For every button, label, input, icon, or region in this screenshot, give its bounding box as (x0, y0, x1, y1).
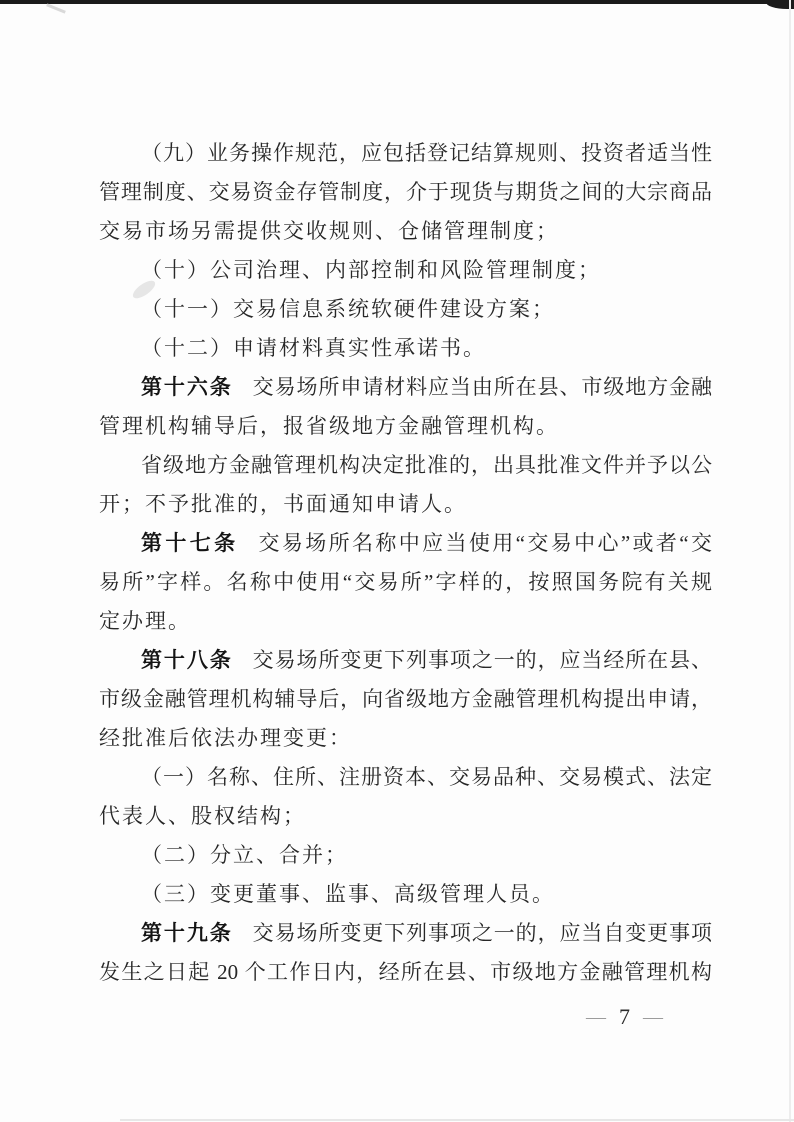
page-number-dash-left: — (586, 1003, 606, 1031)
article-number: 第十六条 (141, 376, 233, 399)
document-line: 第十八条交易场所变更下列事项之一的，应当经所在县、 (99, 641, 712, 680)
document-line: （十一）交易信息系统软硬件建设方案； (99, 290, 712, 329)
line-text: （十二）申请材料真实性承诺书。 (141, 336, 486, 360)
article-number: 第十七条 (141, 532, 239, 555)
document-line: 第十九条交易场所变更下列事项之一的，应当自变更事项 (99, 914, 712, 953)
document-line: 定办理。 (99, 602, 712, 641)
document-line: 经批准后依法办理变更： (99, 719, 712, 758)
line-text: 发生之日起 20 个工作日内，经所在县、市级地方金融管理机构 (99, 960, 712, 984)
document-line: 易所”字样。名称中使用“交易所”字样的，按照国务院有关规 (99, 563, 712, 602)
scan-edge-line-right (789, 0, 791, 1122)
line-text: 代表人、股权结构； (99, 804, 306, 828)
page-number-dash-right: — (643, 1003, 663, 1031)
line-text: 省级地方金融管理机构决定批准的，出具批准文件并予以公 (141, 453, 712, 477)
line-text: 管理机构辅导后，报省级地方金融管理机构。 (99, 414, 559, 438)
scan-edge-line-bottom (120, 1119, 794, 1121)
line-text: （三）变更董事、监事、高级管理人员。 (141, 882, 555, 906)
scanned-document-page: （九）业务操作规范，应包括登记结算规则、投资者适当性管理制度、交易资金存管制度，… (0, 0, 794, 1122)
document-line: 市级金融管理机构辅导后，向省级地方金融管理机构提出申请， (99, 680, 712, 719)
line-text: 定办理。 (99, 609, 191, 633)
line-text: 市级金融管理机构辅导后，向省级地方金融管理机构提出申请， (99, 687, 712, 711)
document-line: 交易市场另需提供交收规则、仓储管理制度； (99, 212, 712, 251)
document-line: （十二）申请材料真实性承诺书。 (99, 329, 712, 368)
document-line: 管理机构辅导后，报省级地方金融管理机构。 (99, 407, 712, 446)
line-text: 交易场所变更下列事项之一的，应当经所在县、 (253, 648, 712, 672)
article-number: 第十八条 (141, 649, 233, 672)
page-number: — 7 — (586, 1003, 663, 1031)
line-text: 交易市场另需提供交收规则、仓储管理制度； (99, 219, 559, 243)
document-line: 发生之日起 20 个工作日内，经所在县、市级地方金融管理机构 (99, 953, 712, 992)
line-text: （二）分立、合并； (141, 843, 348, 867)
document-line: 开；不予批准的，书面通知申请人。 (99, 485, 712, 524)
article-number: 第十九条 (141, 922, 233, 945)
document-line: （九）业务操作规范，应包括登记结算规则、投资者适当性 (99, 134, 712, 173)
document-line: 第十六条交易场所申请材料应当由所在县、市级地方金融 (99, 368, 712, 407)
document-line: 第十七条交易场所名称中应当使用“交易中心”或者“交 (99, 524, 712, 563)
line-text: （十一）交易信息系统软硬件建设方案； (141, 297, 555, 321)
line-text: 交易场所名称中应当使用“交易中心”或者“交 (259, 531, 713, 555)
document-body: （九）业务操作规范，应包括登记结算规则、投资者适当性管理制度、交易资金存管制度，… (99, 134, 712, 992)
document-line: （二）分立、合并； (99, 836, 712, 875)
line-text: 交易场所申请材料应当由所在县、市级地方金融 (253, 375, 712, 399)
scan-edge-line-top (0, 0, 794, 4)
page-number-value: 7 (619, 1003, 630, 1031)
document-line: （一）名称、住所、注册资本、交易品种、交易模式、法定 (99, 758, 712, 797)
document-line: 代表人、股权结构； (99, 797, 712, 836)
line-text: （十）公司治理、内部控制和风险管理制度； (141, 258, 601, 282)
document-line: 省级地方金融管理机构决定批准的，出具批准文件并予以公 (99, 446, 712, 485)
line-text: （一）名称、住所、注册资本、交易品种、交易模式、法定 (141, 765, 712, 789)
document-line: 管理制度、交易资金存管制度，介于现货与期货之间的大宗商品 (99, 173, 712, 212)
line-text: 经批准后依法办理变更： (99, 726, 352, 750)
line-text: 开；不予批准的，书面通知申请人。 (99, 492, 467, 516)
line-text: 管理制度、交易资金存管制度，介于现货与期货之间的大宗商品 (99, 180, 712, 204)
line-text: 交易场所变更下列事项之一的，应当自变更事项 (253, 921, 712, 945)
scan-smudge (46, 3, 66, 13)
document-line: （十）公司治理、内部控制和风险管理制度； (99, 251, 712, 290)
document-line: （三）变更董事、监事、高级管理人员。 (99, 875, 712, 914)
line-text: 易所”字样。名称中使用“交易所”字样的，按照国务院有关规 (99, 570, 712, 594)
line-text: （九）业务操作规范，应包括登记结算规则、投资者适当性 (141, 141, 712, 165)
